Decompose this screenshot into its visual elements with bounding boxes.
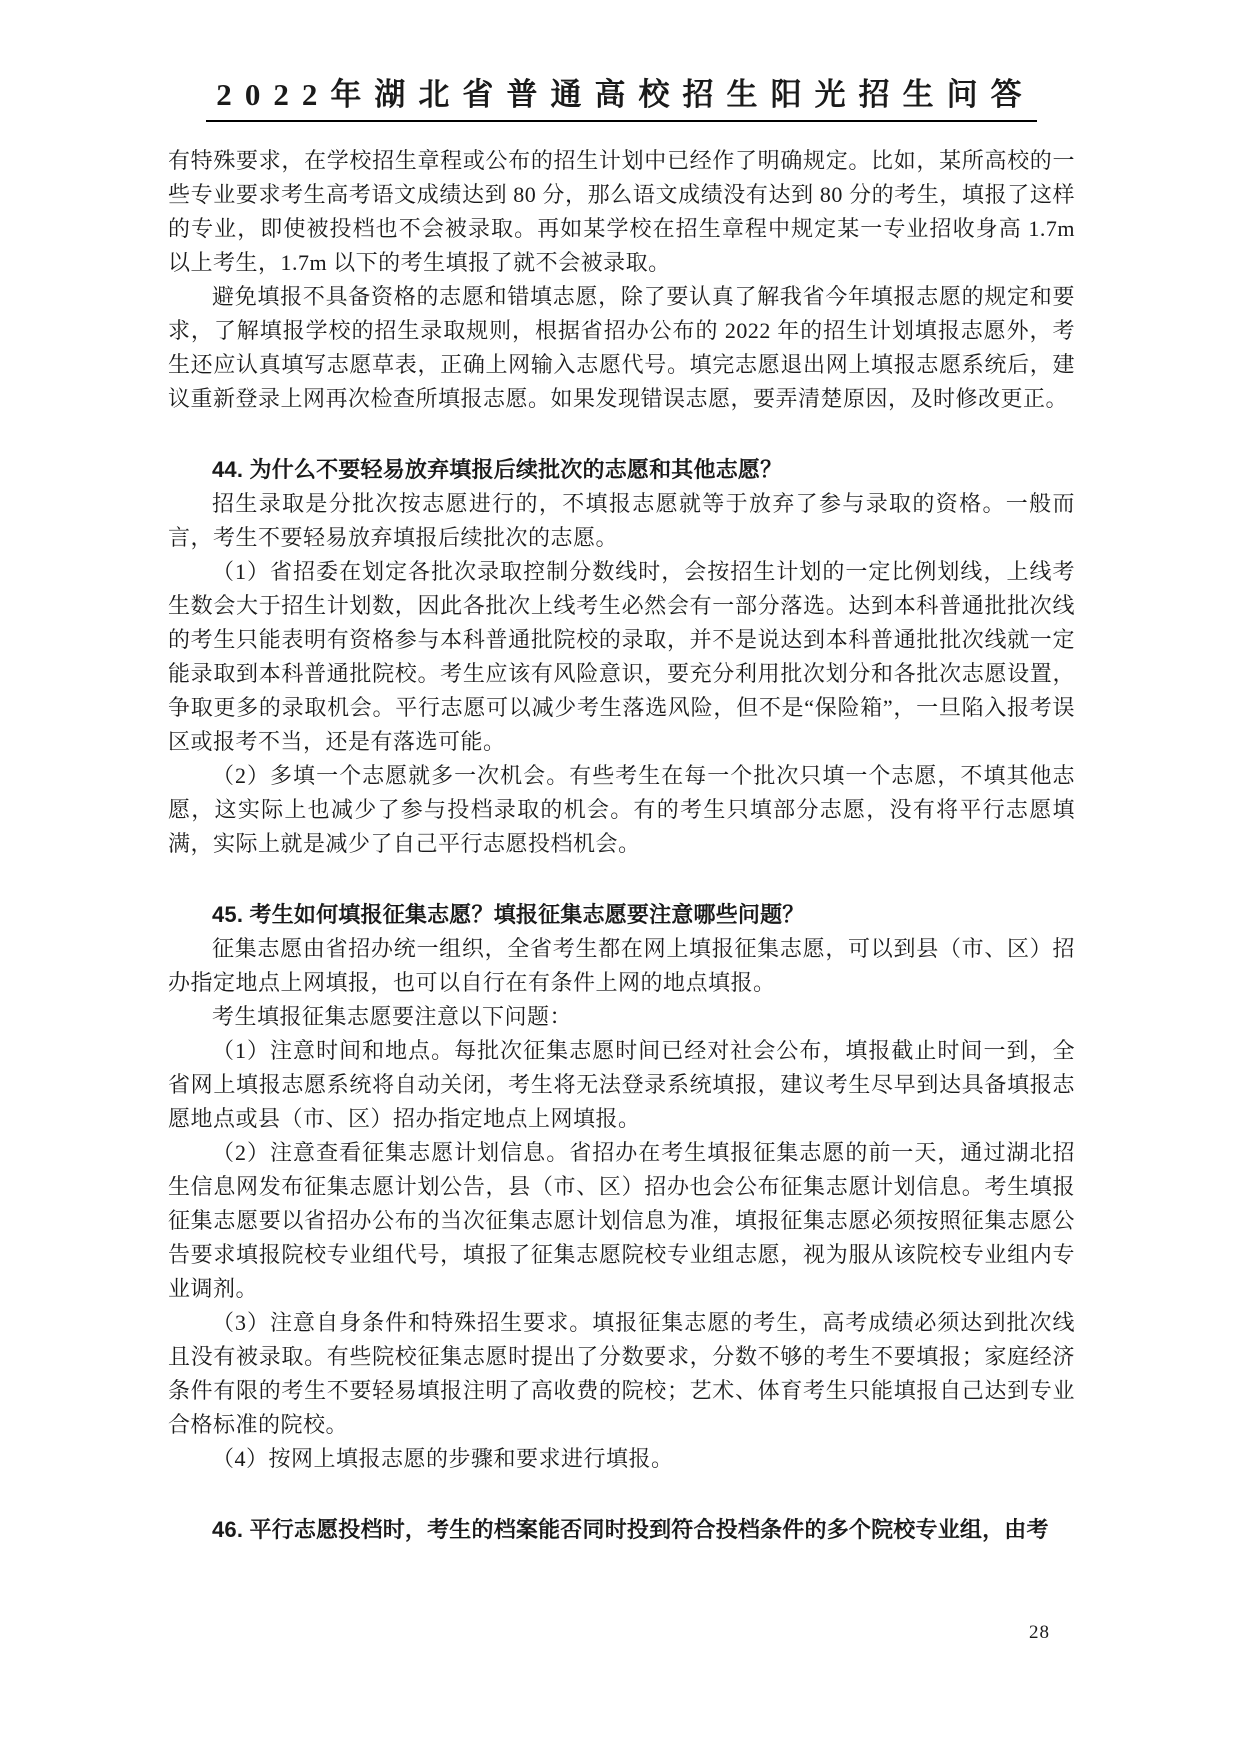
question-heading-44: 44. 为什么不要轻易放弃填报后续批次的志愿和其他志愿？ bbox=[168, 453, 1075, 487]
paragraph-item-4: （4）按网上填报志愿的步骤和要求进行填报。 bbox=[168, 1442, 1075, 1476]
page-number: 28 bbox=[1029, 1622, 1050, 1644]
document-page: 2022年湖北省普通高校招生阳光招生问答 有特殊要求，在学校招生章程或公布的招生… bbox=[0, 0, 1240, 1753]
paragraph-item-2: （2）多填一个志愿就多一次机会。有些考生在每一个批次只填一个志愿，不填其他志愿，… bbox=[168, 759, 1075, 861]
paragraph-item-2: （2）注意查看征集志愿计划信息。省招办在考生填报征集志愿的前一天，通过湖北招生信… bbox=[168, 1136, 1075, 1306]
paragraph: 避免填报不具备资格的志愿和错填志愿，除了要认真了解我省今年填报志愿的规定和要求，… bbox=[168, 280, 1075, 416]
question-heading-46: 46. 平行志愿投档时，考生的档案能否同时投到符合投档条件的多个院校专业组，由考 bbox=[168, 1513, 1075, 1547]
document-body: 有特殊要求，在学校招生章程或公布的招生计划中已经作了明确规定。比如，某所高校的一… bbox=[168, 144, 1075, 1547]
paragraph-item-1: （1）注意时间和地点。每批次征集志愿时间已经对社会公布，填报截止时间一到，全省网… bbox=[168, 1034, 1075, 1136]
paragraph: 征集志愿由省招办统一组织，全省考生都在网上填报征集志愿，可以到县（市、区）招办指… bbox=[168, 932, 1075, 1000]
page-title: 2022年湖北省普通高校招生阳光招生问答 bbox=[206, 76, 1036, 122]
paragraph: 考生填报征集志愿要注意以下问题： bbox=[168, 1000, 1075, 1034]
paragraph-continuation: 有特殊要求，在学校招生章程或公布的招生计划中已经作了明确规定。比如，某所高校的一… bbox=[168, 144, 1075, 280]
paragraph-item-3: （3）注意自身条件和特殊招生要求。填报征集志愿的考生，高考成绩必须达到批次线且没… bbox=[168, 1306, 1075, 1442]
paragraph: 招生录取是分批次按志愿进行的，不填报志愿就等于放弃了参与录取的资格。一般而言，考… bbox=[168, 487, 1075, 555]
question-heading-45: 45. 考生如何填报征集志愿？填报征集志愿要注意哪些问题？ bbox=[168, 898, 1075, 932]
paragraph-item-1: （1）省招委在划定各批次录取控制分数线时，会按招生计划的一定比例划线，上线考生数… bbox=[168, 555, 1075, 759]
document-header: 2022年湖北省普通高校招生阳光招生问答 bbox=[168, 76, 1075, 122]
